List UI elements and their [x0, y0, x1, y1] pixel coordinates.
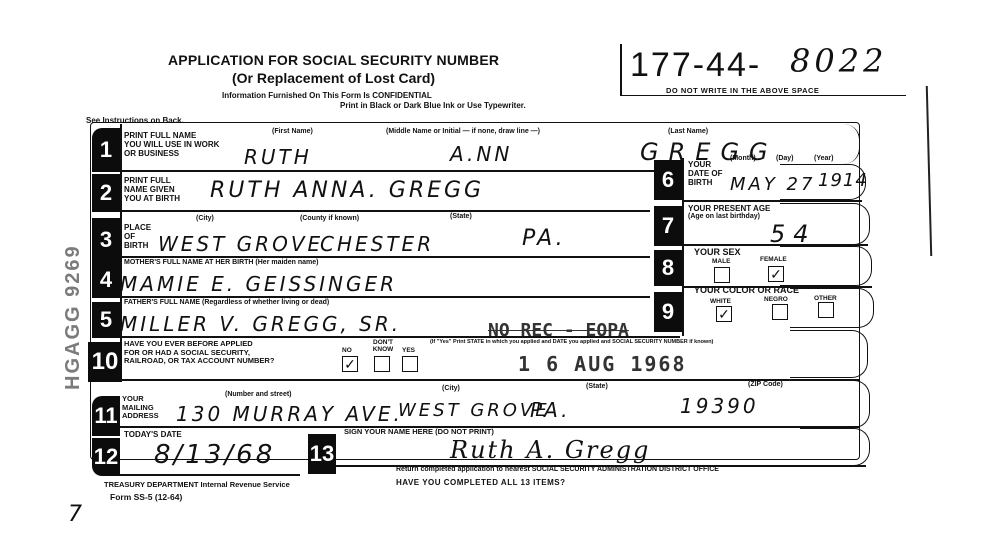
- field-number-7: 7: [654, 206, 682, 246]
- mail-city-caption: (City): [442, 385, 460, 392]
- confidential-notice: Information Furnished On This Form Is CO…: [222, 91, 432, 100]
- row-divider: [682, 200, 862, 202]
- row-divider: [120, 474, 300, 476]
- first-name-caption: (First Name): [272, 128, 313, 135]
- city-caption: (City): [196, 215, 214, 222]
- row-8-cap: [780, 246, 872, 286]
- last-name-caption: (Last Name): [668, 128, 708, 135]
- stamp-date: 1 6 AUG 1968: [518, 352, 687, 376]
- field-4-label: MOTHER'S FULL NAME AT HER BIRTH (Her mai…: [124, 259, 318, 266]
- corner-mark: 7: [68, 502, 82, 527]
- day-caption: (Day): [776, 155, 794, 162]
- prior-no-label: NO: [342, 347, 352, 354]
- field-5-label: FATHER'S FULL NAME (Regardless of whethe…: [124, 299, 329, 306]
- field-11-label: YOUR MAILING ADDRESS: [122, 395, 159, 421]
- county-caption: (County if known): [300, 215, 359, 222]
- field-number-8: 8: [654, 250, 682, 286]
- field-7-label: YOUR PRESENT AGE (Age on last birthday): [688, 204, 770, 221]
- field-number-5: 5: [92, 302, 120, 338]
- field-1-label: Print FULL NAME YOU WILL USE IN WORK OR …: [124, 131, 219, 159]
- field-number-1: 1: [92, 128, 120, 172]
- birth-county-value[interactable]: CHESTER: [320, 232, 434, 256]
- page-edge-line: [926, 86, 932, 256]
- field-2-label: Print FULL NAME GIVEN YOU AT BIRTH: [124, 176, 180, 204]
- signature-value[interactable]: Ruth A. Gregg: [450, 436, 650, 464]
- father-name-value[interactable]: MILLER V. GREGG, SR.: [120, 312, 401, 336]
- field-12-label: TODAY'S DATE: [124, 430, 182, 439]
- row-divider: [120, 296, 650, 298]
- race-white-label: WHITE: [710, 298, 731, 305]
- field-10-label: HAVE YOU EVER BEFORE APPLIED FOR OR HAD …: [124, 340, 274, 366]
- month-caption: (Month): [730, 155, 756, 162]
- ssn-note: DO NOT WRITE IN THE ABOVE SPACE: [666, 86, 819, 95]
- field-6-label: YOUR DATE OF BIRTH: [688, 160, 723, 188]
- stamp-no-record: NO REC - EOPA: [488, 320, 629, 341]
- race-white-checkbox[interactable]: ✓: [716, 306, 732, 322]
- print-instruction: Print in Black or Dark Blue Ink or Use T…: [340, 101, 526, 110]
- prior-yes-checkbox[interactable]: [402, 356, 418, 372]
- row-divider: [120, 210, 650, 212]
- street-caption: (Number and street): [225, 391, 292, 398]
- field-number-3: 3: [92, 218, 120, 262]
- field-number-4: 4: [92, 262, 120, 298]
- prior-dont-know-label: DON'T KNOW: [366, 339, 400, 353]
- todays-date-value[interactable]: 8/13/68: [154, 440, 275, 470]
- field-9-label: YOUR COLOR OR RACE: [694, 285, 799, 295]
- completion-question: HAVE YOU COMPLETED ALL 13 ITEMS?: [396, 478, 566, 487]
- race-negro-checkbox[interactable]: [772, 304, 788, 320]
- ssn-printed: 177-44-: [630, 46, 761, 85]
- field-number-13: 13: [308, 434, 336, 474]
- form-number: Form SS-5 (12-64): [110, 492, 182, 502]
- row-9-cap: [790, 288, 874, 328]
- row-11-cap: [790, 380, 870, 428]
- row-13-cap: [800, 428, 870, 466]
- sex-male-label: MALE: [712, 258, 730, 265]
- row-10-cap: [790, 330, 868, 378]
- year-caption: (Year): [814, 155, 833, 162]
- birth-city-value[interactable]: WEST GROVE: [158, 232, 323, 256]
- birth-name-value[interactable]: RUTH ANNA. GREGG: [210, 178, 484, 203]
- row-7-cap: [780, 203, 870, 245]
- zip-caption: (ZIP Code): [748, 381, 783, 388]
- treasury-dept: TREASURY DEPARTMENT Internal Revenue Ser…: [104, 480, 290, 489]
- race-negro-label: NEGRO: [764, 296, 788, 303]
- row-divider: [120, 256, 650, 258]
- row-6-cap: [780, 164, 866, 200]
- field-8-label: YOUR SEX: [694, 247, 741, 257]
- field-number-10: 10: [88, 342, 122, 382]
- field-number-11: 11: [92, 396, 120, 436]
- field-number-12: 12: [92, 438, 120, 476]
- sex-male-checkbox[interactable]: [714, 267, 730, 283]
- prior-no-checkbox[interactable]: ✓: [342, 356, 358, 372]
- form-title: APPLICATION FOR SOCIAL SECURITY NUMBER: [168, 52, 499, 68]
- row-divider: [120, 170, 680, 172]
- mail-state-caption: (State): [586, 383, 608, 390]
- field-number-6: 6: [654, 160, 682, 200]
- mail-state-value[interactable]: PA.: [530, 398, 570, 422]
- form-subtitle: (Or Replacement of Lost Card): [232, 70, 435, 86]
- right-column-divider: [682, 158, 684, 336]
- birth-state-value[interactable]: PA.: [522, 226, 566, 251]
- first-name-value[interactable]: RUTH: [244, 145, 312, 169]
- field-number-2: 2: [92, 174, 120, 212]
- field-3-label: PLACE OF BIRTH: [124, 223, 151, 251]
- prior-yes-label: YES: [402, 347, 415, 354]
- zip-value[interactable]: 19390: [680, 394, 759, 418]
- return-instruction: Return completed application to nearest …: [396, 466, 719, 473]
- state-caption: (State): [450, 213, 472, 220]
- mother-name-value[interactable]: MAMIE E. GEISSINGER: [120, 272, 397, 296]
- mail-city-value[interactable]: WEST GROVE: [398, 400, 550, 421]
- ssn-handwritten: 8022: [790, 42, 887, 80]
- street-value[interactable]: 130 MURRAY AVE.: [176, 402, 403, 426]
- prior-dont-know-checkbox[interactable]: [374, 356, 390, 372]
- middle-name-value[interactable]: A.NN: [450, 142, 512, 166]
- middle-name-caption: (Middle Name or Initial — if none, draw …: [386, 128, 540, 135]
- field-number-9: 9: [654, 292, 682, 332]
